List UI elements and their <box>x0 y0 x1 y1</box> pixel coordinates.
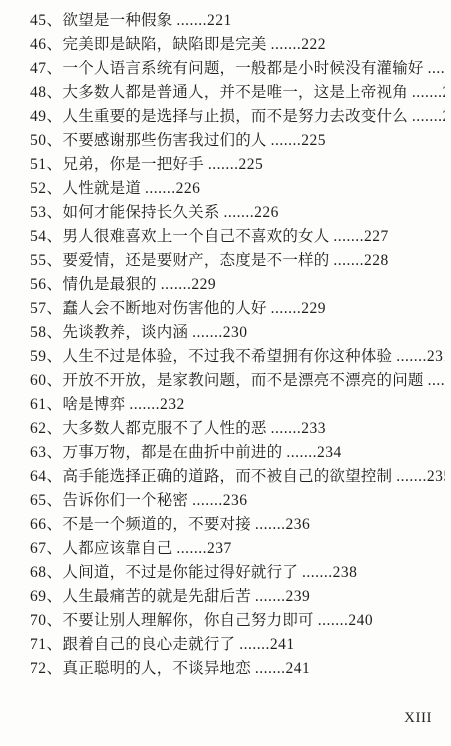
toc-entry: 50、不要感谢那些伤害我过们的人.......225 <box>30 129 445 153</box>
toc-entry-page-number: 241 <box>270 636 295 653</box>
toc-entry-number: 68、 <box>30 564 63 581</box>
toc-entry: 68、人间道，不过是你能过得好就行了.......238 <box>30 561 445 585</box>
toc-entry: 49、人生重要的是选择与止损，而不是努力去改变什么.......224 <box>30 105 445 129</box>
toc-entry-leader-dots: ....... <box>192 324 223 341</box>
toc-entry-page-number: 237 <box>207 540 232 557</box>
toc-entry-leader-dots: ....... <box>176 12 207 29</box>
toc-entry-number: 55、 <box>30 252 63 269</box>
toc-entry-title: 完美即是缺陷，缺陷即是完美 <box>63 36 267 53</box>
toc-entry-leader-dots: ....... <box>412 108 443 125</box>
toc-entry-title: 情仇是最狠的 <box>63 276 157 293</box>
toc-entry-title: 不要感谢那些伤害我过们的人 <box>63 132 267 149</box>
toc-entry-leader-dots: ....... <box>145 180 176 197</box>
toc-entry-page-number: 240 <box>348 612 373 629</box>
toc-entry-leader-dots: ....... <box>271 132 302 149</box>
toc-entry: 64、高手能选择正确的道路，而不被自己的欲望控制.......235 <box>30 465 445 489</box>
toc-entry: 58、先谈教养，谈内涵.......230 <box>30 321 445 345</box>
toc-entry-number: 47、 <box>30 60 63 77</box>
toc-entry-page-number: 228 <box>364 252 389 269</box>
toc-entry-page-number: 224 <box>443 108 445 125</box>
toc-entry-number: 71、 <box>30 636 63 653</box>
toc-entry: 51、兄弟，你是一把好手.......225 <box>30 153 445 177</box>
toc-entry-leader-dots: ....... <box>129 396 160 413</box>
toc-entry-title: 开放不开放，是家教问题，而不是漂亮不漂亮的问题 <box>63 372 424 389</box>
toc-entry-leader-dots: ....... <box>208 156 239 173</box>
toc-entry-leader-dots: ....... <box>224 204 255 221</box>
toc-entry: 52、人性就是道.......226 <box>30 177 445 201</box>
toc-entry-number: 61、 <box>30 396 63 413</box>
toc-entry-leader-dots: ....... <box>192 492 223 509</box>
toc-entry-number: 56、 <box>30 276 63 293</box>
toc-entry-leader-dots: ....... <box>333 252 364 269</box>
toc-entry-page-number: 229 <box>191 276 216 293</box>
toc-entry: 61、啥是博弈.......232 <box>30 393 445 417</box>
toc-entry: 65、告诉你们一个秘密.......236 <box>30 489 445 513</box>
toc-list: 45、欲望是一种假象.......22146、完美即是缺陷，缺陷即是完美....… <box>30 9 445 681</box>
toc-entry-number: 51、 <box>30 156 63 173</box>
toc-entry: 57、蠢人会不断地对伤害他的人好.......229 <box>30 297 445 321</box>
toc-entry-title: 人生重要的是选择与止损，而不是努力去改变什么 <box>63 108 408 125</box>
toc-entry-leader-dots: ....... <box>255 516 286 533</box>
toc-entry: 54、男人很难喜欢上一个自己不喜欢的女人.......227 <box>30 225 445 249</box>
toc-entry: 66、不是一个频道的，不要对接.......236 <box>30 513 445 537</box>
toc-entry-leader-dots: ....... <box>271 36 302 53</box>
toc-entry-leader-dots: ....... <box>333 228 364 245</box>
toc-entry: 60、开放不开放，是家教问题，而不是漂亮不漂亮的问题.......231 <box>30 369 445 393</box>
toc-entry-page-number: 239 <box>286 588 311 605</box>
toc-entry: 72、真正聪明的人，不谈异地恋.......241 <box>30 657 445 681</box>
toc-entry: 67、人都应该靠自己.......237 <box>30 537 445 561</box>
toc-entry-leader-dots: ....... <box>286 444 317 461</box>
toc-entry-leader-dots: ....... <box>318 612 349 629</box>
toc-entry-title: 男人很难喜欢上一个自己不喜欢的女人 <box>63 228 330 245</box>
toc-entry-number: 52、 <box>30 180 63 197</box>
toc-entry-page-number: 222 <box>301 36 326 53</box>
toc-entry-page-number: 230 <box>223 324 248 341</box>
toc-entry: 55、要爱情，还是要财产，态度是不一样的.......228 <box>30 249 445 273</box>
toc-entry: 69、人生最痛苦的就是先甜后苦.......239 <box>30 585 445 609</box>
toc-entry-title: 告诉你们一个秘密 <box>63 492 189 509</box>
toc-entry-title: 大多数人都是普通人，并不是唯一，这是上帝视角 <box>63 84 408 101</box>
toc-entry-page-number: 232 <box>160 396 185 413</box>
toc-entry-title: 真正聪明的人，不谈异地恋 <box>63 660 251 677</box>
toc-entry-page-number: 231 <box>427 348 445 365</box>
toc-entry-page-number: 227 <box>364 228 389 245</box>
toc-entry-leader-dots: ....... <box>176 540 207 557</box>
toc-entry-leader-dots: ....... <box>255 660 286 677</box>
toc-entry: 62、大多数人都克服不了人性的恶.......233 <box>30 417 445 441</box>
toc-entry-leader-dots: ....... <box>161 276 192 293</box>
toc-entry-page-number: 233 <box>301 420 326 437</box>
toc-entry-title: 跟着自己的良心走就行了 <box>63 636 236 653</box>
toc-entry: 63、万事万物，都是在曲折中前进的.......234 <box>30 441 445 465</box>
toc-entry-page-number: 229 <box>301 300 326 317</box>
toc-entry-page-number: 235 <box>427 468 445 485</box>
toc-entry-title: 人生最痛苦的就是先甜后苦 <box>63 588 251 605</box>
toc-entry: 47、一个人语言系统有问题，一般都是小时候没有灌输好.......223 <box>30 57 445 81</box>
toc-entry-title: 万事万物，都是在曲折中前进的 <box>63 444 283 461</box>
toc-entry-number: 58、 <box>30 324 63 341</box>
toc-entry: 70、不要让别人理解你，你自己努力即可.......240 <box>30 609 445 633</box>
toc-entry-page-number: 223 <box>443 84 445 101</box>
toc-entry-number: 50、 <box>30 132 63 149</box>
toc-entry-number: 69、 <box>30 588 63 605</box>
toc-entry-page-number: 226 <box>254 204 279 221</box>
toc-entry: 48、大多数人都是普通人，并不是唯一，这是上帝视角.......223 <box>30 81 445 105</box>
toc-entry-title: 不要让别人理解你，你自己努力即可 <box>63 612 314 629</box>
toc-entry-title: 大多数人都克服不了人性的恶 <box>63 420 267 437</box>
toc-entry-number: 67、 <box>30 540 63 557</box>
toc-entry-title: 啥是博弈 <box>63 396 126 413</box>
toc-entry-number: 59、 <box>30 348 63 365</box>
toc-entry-page-number: 238 <box>333 564 358 581</box>
toc-entry-title: 兄弟，你是一把好手 <box>63 156 204 173</box>
toc-entry-number: 45、 <box>30 12 63 29</box>
toc-entry-page-number: 225 <box>238 156 263 173</box>
toc-entry-page-number: 236 <box>223 492 248 509</box>
toc-entry-title: 不是一个频道的，不要对接 <box>63 516 251 533</box>
page-number-roman: XIII <box>404 710 432 727</box>
toc-entry-leader-dots: ....... <box>428 60 445 77</box>
toc-entry-leader-dots: ....... <box>255 588 286 605</box>
toc-entry-number: 62、 <box>30 420 63 437</box>
toc-entry-title: 人都应该靠自己 <box>63 540 173 557</box>
toc-entry-leader-dots: ....... <box>396 348 427 365</box>
toc-entry-number: 72、 <box>30 660 63 677</box>
toc-entry-number: 54、 <box>30 228 63 245</box>
toc-entry-page-number: 226 <box>176 180 201 197</box>
toc-entry-title: 欲望是一种假象 <box>63 12 173 29</box>
toc-entry-number: 46、 <box>30 36 63 53</box>
toc-entry-title: 蠢人会不断地对伤害他的人好 <box>63 300 267 317</box>
toc-entry: 45、欲望是一种假象.......221 <box>30 9 445 33</box>
toc-entry-page-number: 241 <box>286 660 311 677</box>
toc-entry-title: 人性就是道 <box>63 180 142 197</box>
toc-entry-number: 66、 <box>30 516 63 533</box>
toc-entry-leader-dots: ....... <box>271 300 302 317</box>
toc-entry-leader-dots: ....... <box>412 84 443 101</box>
toc-entry-page-number: 221 <box>207 12 232 29</box>
toc-entry-title: 如何才能保持长久关系 <box>63 204 220 221</box>
toc-entry-leader-dots: ....... <box>239 636 270 653</box>
toc-entry-number: 53、 <box>30 204 63 221</box>
toc-entry-title: 人间道，不过是你能过得好就行了 <box>63 564 299 581</box>
toc-entry-leader-dots: ....... <box>428 372 445 389</box>
toc-entry-title: 先谈教养，谈内涵 <box>63 324 189 341</box>
toc-entry: 46、完美即是缺陷，缺陷即是完美.......222 <box>30 33 445 57</box>
toc-entry-leader-dots: ....... <box>396 468 427 485</box>
toc-entry-title: 人生不过是体验，不过我不希望拥有你这种体验 <box>63 348 393 365</box>
toc-entry: 59、人生不过是体验，不过我不希望拥有你这种体验.......231 <box>30 345 445 369</box>
toc-entry-leader-dots: ....... <box>302 564 333 581</box>
toc-page: 45、欲望是一种假象.......22146、完美即是缺陷，缺陷即是完美....… <box>0 0 451 746</box>
toc-entry-number: 63、 <box>30 444 63 461</box>
toc-entry-number: 49、 <box>30 108 63 125</box>
toc-entry: 56、情仇是最狠的.......229 <box>30 273 445 297</box>
toc-entry-number: 65、 <box>30 492 63 509</box>
toc-entry: 53、如何才能保持长久关系.......226 <box>30 201 445 225</box>
toc-entry-page-number: 236 <box>286 516 311 533</box>
toc-entry-number: 64、 <box>30 468 63 485</box>
toc-entry-title: 一个人语言系统有问题，一般都是小时候没有灌输好 <box>63 60 424 77</box>
toc-entry-number: 57、 <box>30 300 63 317</box>
toc-entry-number: 60、 <box>30 372 63 389</box>
toc-entry-page-number: 225 <box>301 132 326 149</box>
toc-entry-title: 要爱情，还是要财产，态度是不一样的 <box>63 252 330 269</box>
toc-entry-number: 48、 <box>30 84 63 101</box>
toc-entry-title: 高手能选择正确的道路，而不被自己的欲望控制 <box>63 468 393 485</box>
toc-entry-leader-dots: ....... <box>271 420 302 437</box>
toc-entry-number: 70、 <box>30 612 63 629</box>
toc-entry: 71、跟着自己的良心走就行了.......241 <box>30 633 445 657</box>
toc-entry-page-number: 234 <box>317 444 342 461</box>
